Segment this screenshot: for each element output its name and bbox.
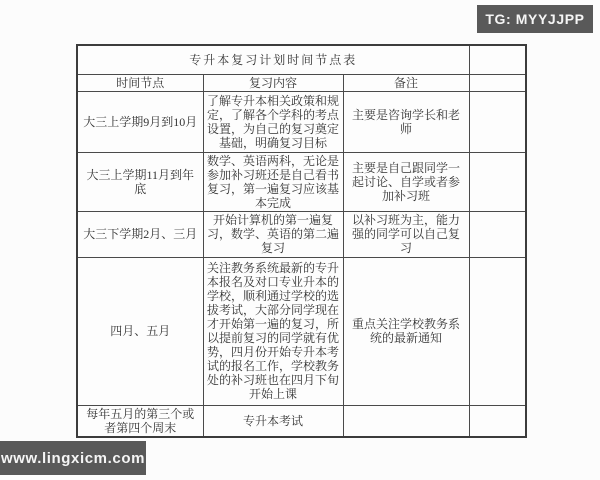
table-row: 四月、五月 关注教务系统最新的专升本报名及对口专业升本的学校，顺利通过学校的选拔…	[77, 257, 526, 405]
cell-content: 开始计算机的第一遍复习，数学、英语的第二遍复习	[203, 211, 343, 257]
column-header-note: 备注	[343, 74, 469, 91]
review-schedule-table: 专升本复习计划时间节点表 时间节点 复习内容 备注 大三上学期9月到10月 了解…	[76, 44, 527, 438]
column-header-content: 复习内容	[203, 74, 343, 91]
table-title-row: 专升本复习计划时间节点表	[77, 45, 526, 74]
table-row: 大三上学期9月到10月 了解专升本相关政策和规定，了解各个学科的考点设置，为自己…	[77, 91, 526, 152]
website-watermark: www.lingxicm.com	[0, 441, 146, 475]
spare-cell	[469, 211, 526, 257]
table-row: 大三下学期2月、三月 开始计算机的第一遍复习，数学、英语的第二遍复习 以补习班为…	[77, 211, 526, 257]
cell-note	[343, 405, 469, 437]
cell-content: 数学、英语两科，无论是参加补习班还是自己看书复习，第一遍复习应该基本完成	[203, 152, 343, 211]
table-row: 每年五月的第三个或者第四个周末 专升本考试	[77, 405, 526, 437]
cell-note: 主要是自己跟同学一起讨论、自学或者参加补习班	[343, 152, 469, 211]
telegram-badge-text: TG: MYYJJPP	[485, 11, 584, 27]
cell-time: 大三上学期11月到年底	[77, 152, 203, 211]
cell-note: 重点关注学校教务系统的最新通知	[343, 257, 469, 405]
scanned-document-page: { "badge": { "text": "TG: MYYJJPP" }, "w…	[0, 0, 600, 480]
cell-time: 每年五月的第三个或者第四个周末	[77, 405, 203, 437]
spare-cell	[469, 152, 526, 211]
table-header-row: 时间节点 复习内容 备注	[77, 74, 526, 91]
cell-note: 以补习班为主，能力强的同学可以自己复习	[343, 211, 469, 257]
spare-cell	[469, 405, 526, 437]
cell-content: 专升本考试	[203, 405, 343, 437]
cell-time: 大三上学期9月到10月	[77, 91, 203, 152]
spare-cell	[469, 45, 526, 74]
cell-content: 关注教务系统最新的专升本报名及对口专业升本的学校，顺利通过学校的选拔考试，大部分…	[203, 257, 343, 405]
column-header-time: 时间节点	[77, 74, 203, 91]
telegram-badge: TG: MYYJJPP	[477, 5, 593, 33]
spare-cell	[469, 74, 526, 91]
cell-content: 了解专升本相关政策和规定，了解各个学科的考点设置，为自己的复习奠定基础，明确复习…	[203, 91, 343, 152]
table-title: 专升本复习计划时间节点表	[77, 45, 469, 74]
cell-time: 大三下学期2月、三月	[77, 211, 203, 257]
spare-cell	[469, 91, 526, 152]
cell-note: 主要是咨询学长和老师	[343, 91, 469, 152]
table-row: 大三上学期11月到年底 数学、英语两科，无论是参加补习班还是自己看书复习，第一遍…	[77, 152, 526, 211]
spare-cell	[469, 257, 526, 405]
cell-time: 四月、五月	[77, 257, 203, 405]
website-watermark-text: www.lingxicm.com	[1, 450, 145, 467]
